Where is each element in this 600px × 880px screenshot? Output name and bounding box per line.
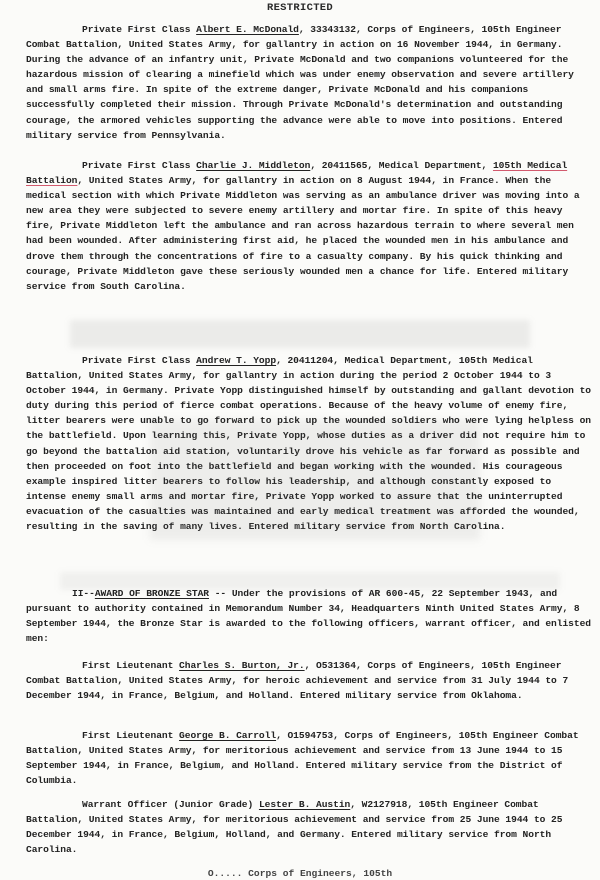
- bleed-through-smudge: [70, 320, 530, 348]
- next-citation-fragment: O..... Corps of Engineers, 105th: [0, 868, 600, 879]
- recipient-name: Charles S. Burton, Jr.: [179, 660, 305, 671]
- recipient-name: George B. Carroll: [179, 730, 276, 741]
- citation-austin: Warrant Officer (Junior Grade) Lester B.…: [26, 797, 592, 857]
- classification-header: RESTRICTED: [0, 2, 600, 14]
- document-page: RESTRICTED Private First Class Albert E.…: [0, 0, 600, 880]
- recipient-name: Albert E. McDonald: [196, 24, 299, 35]
- section-title: AWARD OF BRONZE STAR: [95, 588, 209, 599]
- recipient-name: Andrew T. Yopp: [196, 355, 276, 366]
- citation-middleton: Private First Class Charlie J. Middleton…: [26, 158, 592, 294]
- section-ii-bronze-star: II--AWARD OF BRONZE STAR -- Under the pr…: [26, 586, 592, 646]
- citation-carroll: First Lieutenant George B. Carroll, O159…: [26, 728, 592, 788]
- citation-burton: First Lieutenant Charles S. Burton, Jr.,…: [26, 658, 592, 703]
- citation-mcdonald: Private First Class Albert E. McDonald, …: [26, 22, 592, 143]
- recipient-name: Charlie J. Middleton: [196, 160, 310, 171]
- citation-yopp: Private First Class Andrew T. Yopp, 2041…: [26, 353, 592, 534]
- recipient-name: Lester B. Austin: [259, 799, 350, 810]
